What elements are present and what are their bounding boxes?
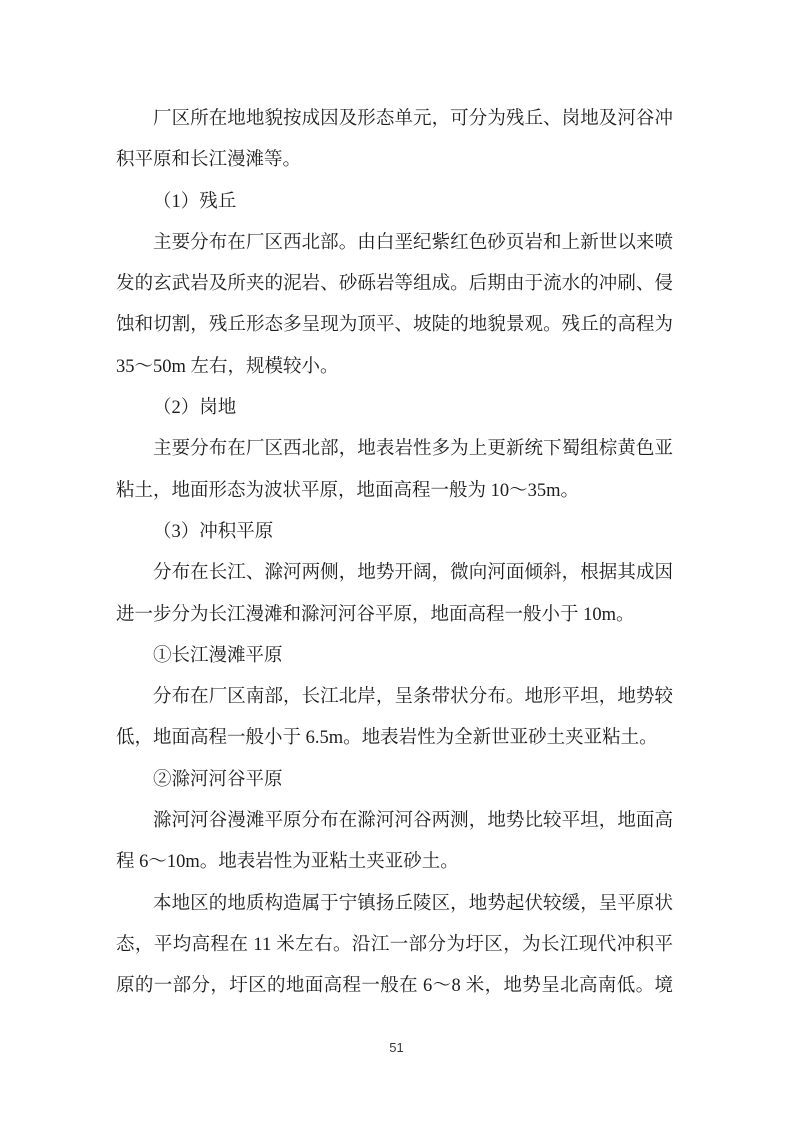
paragraph-chongjipingyuan-line-2: 进一步分为长江漫滩和滁河河谷平原，地面高程一般小于 10m。: [116, 595, 673, 636]
paragraph-chuhe-hegu-line-2: 程 6～10m。地表岩性为亚粘土夹亚砂土。: [116, 842, 673, 883]
paragraph-geology-line-2: 态，平均高程在 11 米左右。沿江一部分为圩区，为长江现代冲积平: [116, 925, 673, 966]
paragraph-canqiu-line-2: 发的玄武岩及所夹的泥岩、砂砾岩等组成。后期由于流水的冲刷、侵: [116, 264, 673, 305]
paragraph-overview-line-2: 积平原和长江漫滩等。: [116, 140, 673, 181]
paragraph-canqiu-line-4: 35～50m 左右，规模较小。: [116, 347, 673, 388]
paragraph-canqiu-line-3: 蚀和切割，残丘形态多呈现为顶平、坡陡的地貌景观。残丘的高程为: [116, 305, 673, 346]
paragraph-canqiu-line-1: 主要分布在厂区西北部。由白垩纪紫红色砂页岩和上新世以来喷: [116, 223, 673, 264]
paragraph-gangdi-line-1: 主要分布在厂区西北部，地表岩性多为上更新统下蜀组棕黄色亚: [116, 429, 673, 470]
heading-1-canqiu-line-1: （1）残丘: [116, 182, 673, 223]
heading-chuhe-hegu-line-1: ②滁河河谷平原: [116, 760, 673, 801]
paragraph-gangdi-line-2: 粘土，地面形态为波状平原，地面高程一般为 10～35m。: [116, 471, 673, 512]
paragraph-changjiang-mantan-line-2: 低，地面高程一般小于 6.5m。地表岩性为全新世亚砂土夹亚粘土。: [116, 718, 673, 759]
paragraph-chuhe-hegu-line-1: 滁河河谷漫滩平原分布在滁河河谷两测，地势比较平坦，地面高: [116, 801, 673, 842]
heading-3-chongjipingyuan-line-1: （3）冲积平原: [116, 512, 673, 553]
document-page: 厂区所在地地貌按成因及形态单元，可分为残丘、岗地及河谷冲积平原和长江漫滩等。（1…: [0, 0, 793, 1122]
paragraph-geology-line-3: 原的一部分，圩区的地面高程一般在 6～8 米，地势呈北高南低。境: [116, 966, 673, 1007]
page-footer: 51: [0, 1038, 793, 1058]
paragraph-changjiang-mantan-line-1: 分布在厂区南部，长江北岸，呈条带状分布。地形平坦，地势较: [116, 677, 673, 718]
paragraph-geology-line-1: 本地区的地质构造属于宁镇扬丘陵区，地势起伏较缓，呈平原状: [116, 884, 673, 925]
heading-2-gangdi-line-1: （2）岗地: [116, 388, 673, 429]
page-number: 51: [389, 1040, 403, 1055]
paragraph-chongjipingyuan-line-1: 分布在长江、滁河两侧，地势开阔，微向河面倾斜，根据其成因: [116, 553, 673, 594]
page-body-text: 厂区所在地地貌按成因及形态单元，可分为残丘、岗地及河谷冲积平原和长江漫滩等。（1…: [116, 99, 673, 1008]
paragraph-overview-line-1: 厂区所在地地貌按成因及形态单元，可分为残丘、岗地及河谷冲: [116, 99, 673, 140]
heading-changjiang-mantan-line-1: ①长江漫滩平原: [116, 636, 673, 677]
